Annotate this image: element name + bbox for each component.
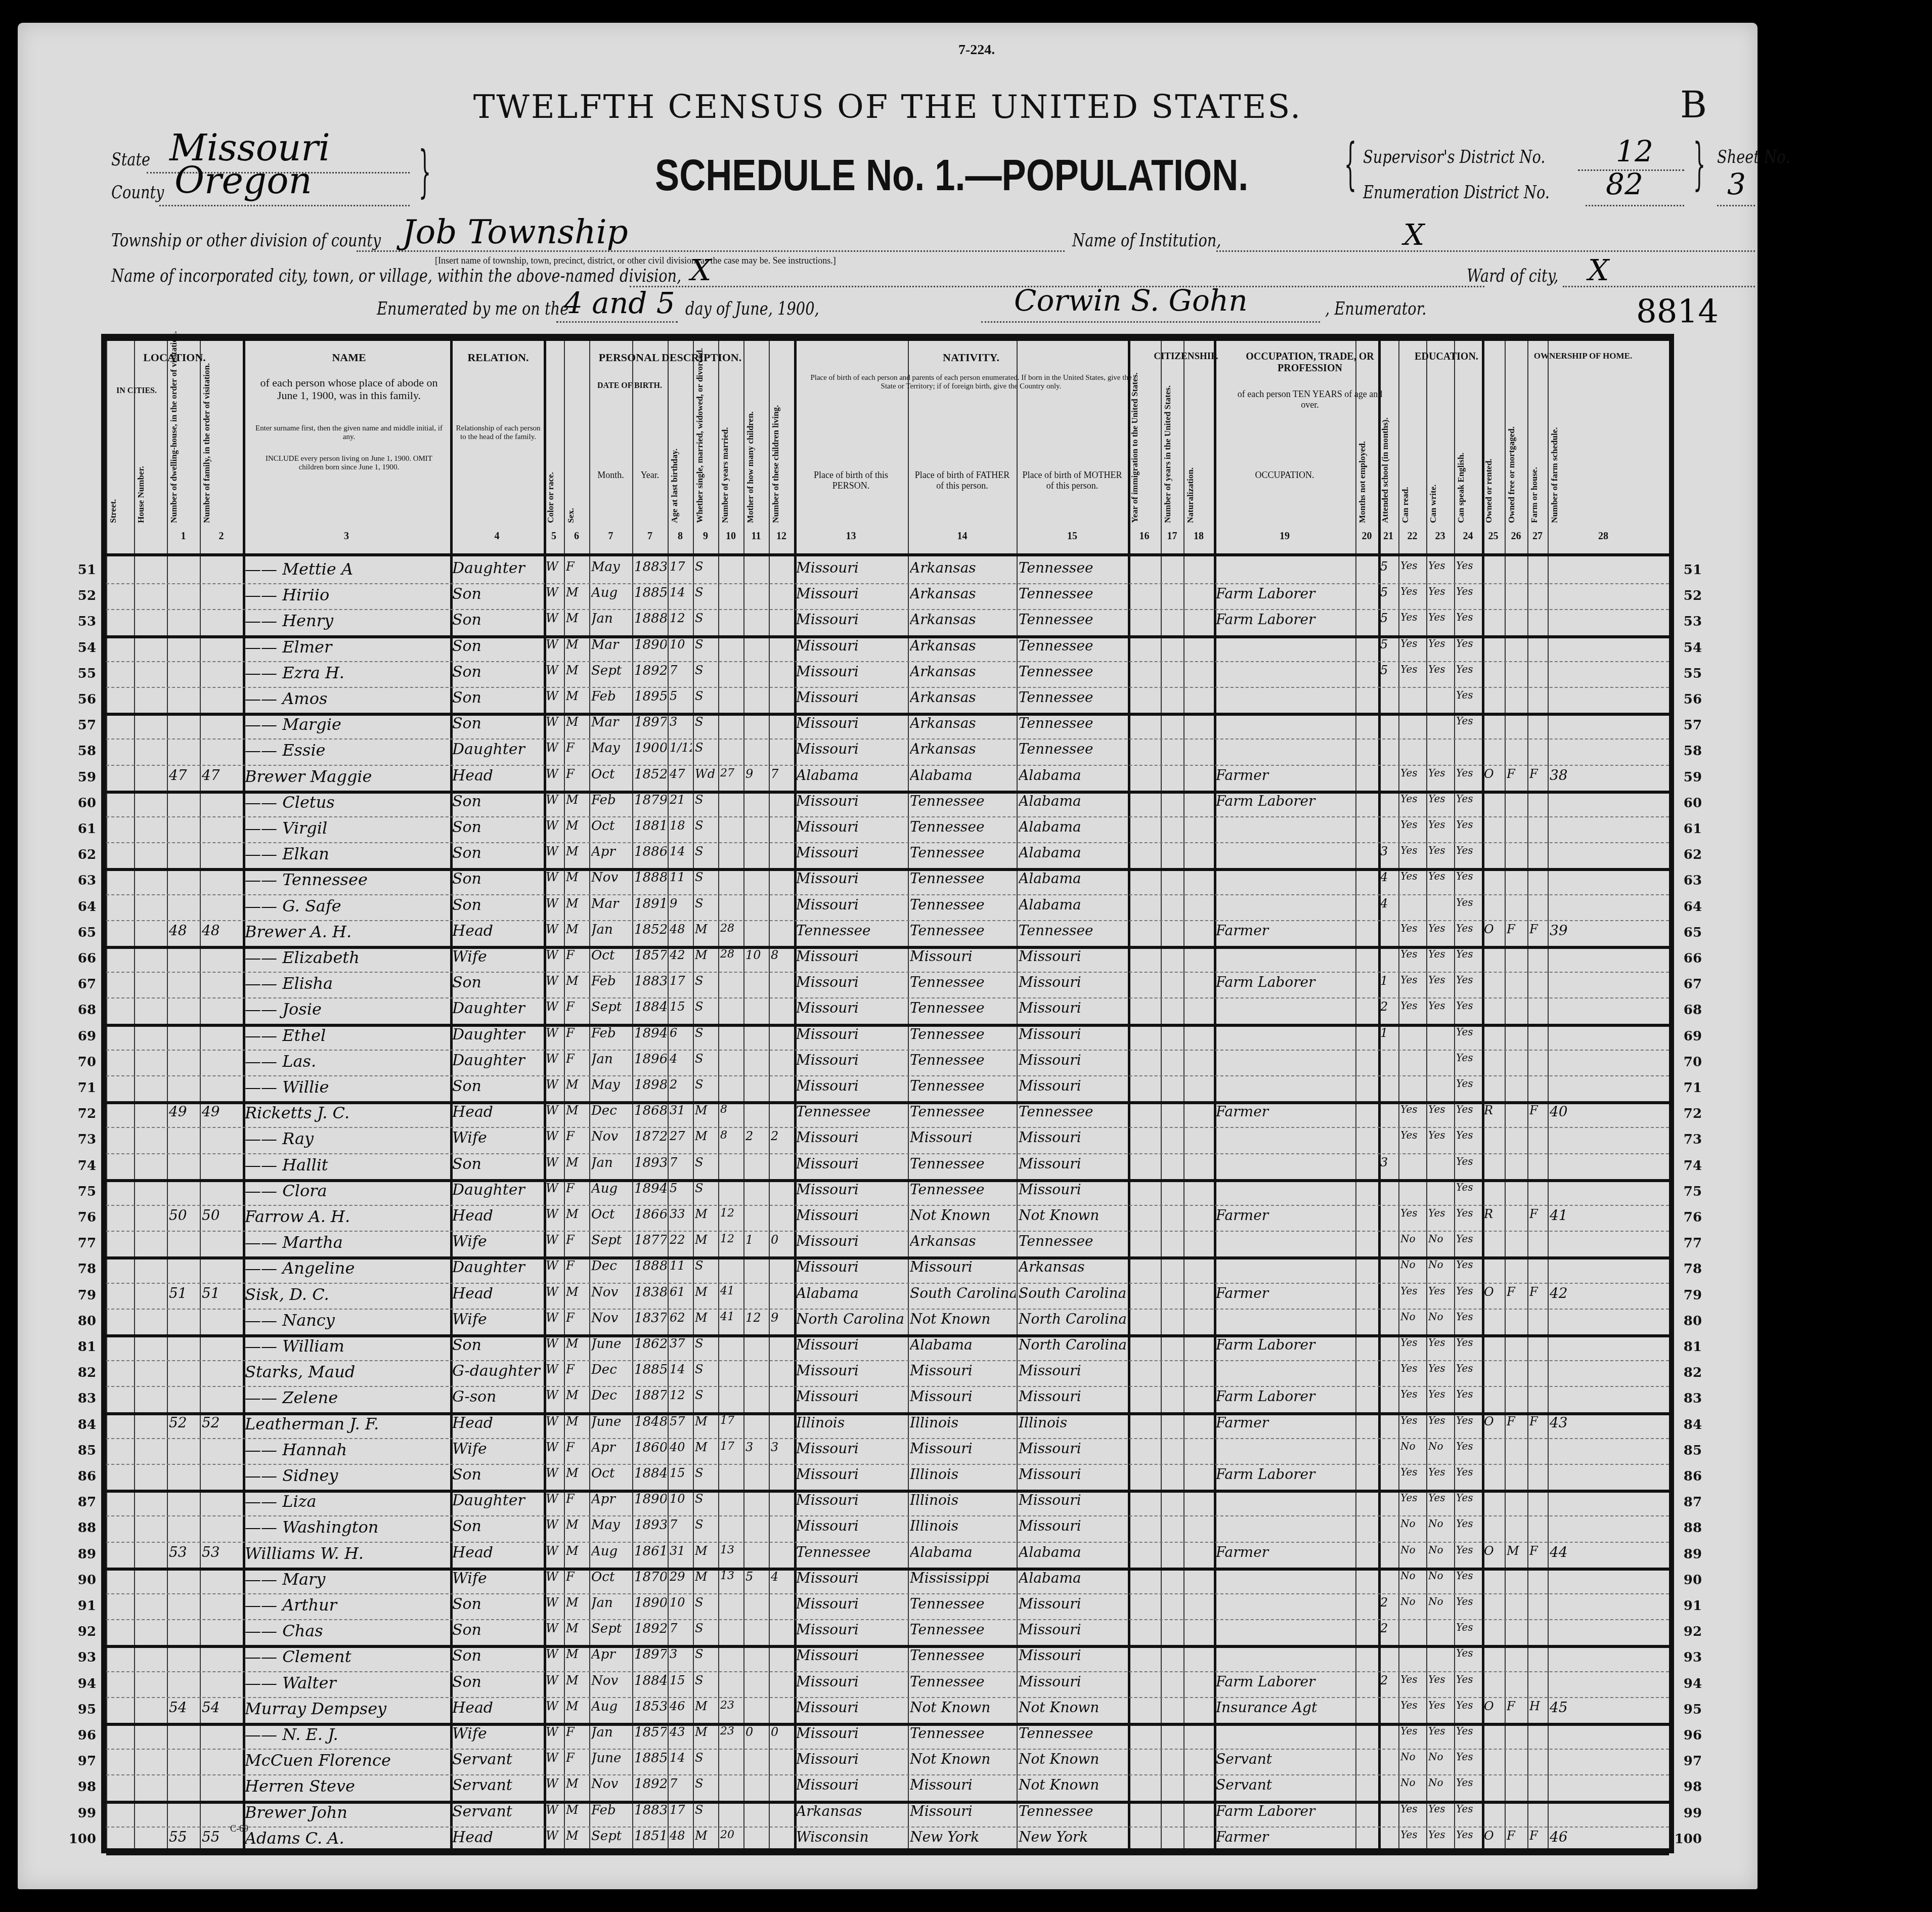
cell-color: W xyxy=(546,844,563,858)
cell-month: Feb xyxy=(591,793,631,808)
cell-age: 31 xyxy=(670,1544,692,1558)
cell-write: Yes xyxy=(1428,1699,1453,1711)
table-row[interactable]: —— CletusSonWMFeb187921SMissouriTennesse… xyxy=(106,791,1669,816)
cell-birth: Tennessee xyxy=(796,1544,907,1560)
table-row[interactable]: —— VirgilSonWMOct188118SMissouriTennesse… xyxy=(106,816,1669,842)
table-row[interactable]: 5353Williams W. H.HeadWMAug186131M13Tenn… xyxy=(106,1542,1669,1568)
table-row[interactable]: —— ChasSonWMSept18927SMissouriTennesseeM… xyxy=(106,1619,1669,1645)
cell-age: 48 xyxy=(670,1829,692,1843)
column-number: 19 xyxy=(1214,531,1355,542)
cell-living: 2 xyxy=(771,1129,793,1143)
cell-marital: S xyxy=(695,1776,717,1791)
column-header: Place of birth of MOTHER of this person. xyxy=(1019,470,1126,491)
cell-eng: Yes xyxy=(1456,1000,1481,1012)
cell-father_b: Tennessee xyxy=(910,844,1016,861)
cell-mother_of: 0 xyxy=(745,1725,768,1739)
cell-age: 14 xyxy=(670,844,692,858)
enumerated-day[interactable]: 4 and 5 xyxy=(564,286,675,320)
table-row[interactable]: —— TennesseeSonWMNov188811SMissouriTenne… xyxy=(106,868,1669,894)
line-number: 93 xyxy=(1672,1650,1702,1665)
table-row[interactable]: —— WillieSonWMMay18982SMissouriTennessee… xyxy=(106,1075,1669,1101)
row-divider xyxy=(106,1852,1669,1855)
table-row[interactable]: —— MarthaWifeWFSept187722M1210MissouriAr… xyxy=(106,1231,1669,1256)
cell-rel: G-daughter xyxy=(452,1362,543,1380)
cell-color: W xyxy=(546,870,563,884)
sheet-label: Sheet No. xyxy=(1717,147,1790,167)
institution-value[interactable]: X xyxy=(1403,218,1424,252)
cell-name: —— Clora xyxy=(245,1181,449,1200)
cell-own: O xyxy=(1484,1699,1504,1713)
group-in-cities: IN CITIES. xyxy=(106,386,167,396)
cell-marital: M xyxy=(695,1544,717,1558)
line-number: 54 xyxy=(1672,640,1702,656)
cell-occ: Farm Laborer xyxy=(1216,793,1354,809)
cell-read: Yes xyxy=(1400,1000,1425,1012)
cell-rel: Son xyxy=(452,974,543,991)
cell-rel: Daughter xyxy=(452,1181,543,1199)
cell-birth: Missouri xyxy=(796,818,907,835)
cell-marital: S xyxy=(695,1155,717,1169)
table-row[interactable]: 4747Brewer MaggieHeadWFOct185247Wd2797Al… xyxy=(106,765,1669,791)
cell-birth: Missouri xyxy=(796,1000,907,1016)
cell-birth: Missouri xyxy=(796,1362,907,1379)
cell-sex: M xyxy=(566,1776,588,1791)
line-number: 94 xyxy=(66,1676,96,1691)
cell-eng: Yes xyxy=(1456,1207,1481,1219)
cell-color: W xyxy=(546,1595,563,1610)
cell-marital: S xyxy=(695,1621,717,1635)
cell-write: Yes xyxy=(1428,637,1453,649)
cell-yrs_m: 41 xyxy=(720,1285,742,1297)
table-row[interactable]: —— ZeleneG-sonWMDec188712SMissouriMissou… xyxy=(106,1386,1669,1412)
line-number: 53 xyxy=(1672,614,1702,629)
line-number: 58 xyxy=(66,744,96,759)
cell-color: W xyxy=(546,689,563,703)
cell-birth: Arkansas xyxy=(796,1803,907,1819)
cell-name: —— Willie xyxy=(245,1077,449,1097)
cell-dw: 49 xyxy=(169,1103,199,1120)
line-number: 91 xyxy=(1672,1598,1702,1614)
city-label: Name of incorporated city, town, or vill… xyxy=(111,266,681,286)
cell-color: W xyxy=(546,1725,563,1739)
column-number: 18 xyxy=(1183,531,1214,542)
cell-color: W xyxy=(546,1492,563,1506)
cell-own: O xyxy=(1484,1414,1504,1428)
cell-age: 33 xyxy=(670,1207,692,1221)
cell-color: W xyxy=(546,1311,563,1325)
cell-rel: Son xyxy=(452,1077,543,1095)
table-row[interactable]: —— ClementSonWMApr18973SMissouriTennesse… xyxy=(106,1645,1669,1671)
table-row[interactable]: —— ArthurSonWMJan189010SMissouriTennesse… xyxy=(106,1593,1669,1619)
cell-rel: Son xyxy=(452,689,543,707)
line-number: 95 xyxy=(66,1702,96,1717)
cell-father_b: Tennessee xyxy=(910,974,1016,990)
cell-eng: Yes xyxy=(1456,1803,1481,1815)
cell-father_b: Tennessee xyxy=(910,1052,1016,1068)
line-number: 79 xyxy=(66,1288,96,1303)
cell-year: 1883 xyxy=(634,559,667,575)
cell-age: 11 xyxy=(670,870,692,884)
cell-mother_b: Tennessee xyxy=(1019,1103,1127,1120)
cell-mother_b: Tennessee xyxy=(1019,1803,1127,1819)
cell-write: Yes xyxy=(1428,1829,1453,1841)
table-row[interactable]: —— Mettie ADaughterWFMay188317SMissouriA… xyxy=(106,557,1669,583)
table-row[interactable]: —— JosieDaughterWFSept188415SMissouriTen… xyxy=(106,997,1669,1023)
cell-rel: Son xyxy=(452,637,543,655)
cell-father_b: Tennessee xyxy=(910,870,1016,887)
cell-color: W xyxy=(546,1440,563,1454)
cell-name: Sisk, D. C. xyxy=(245,1285,449,1304)
line-number: 99 xyxy=(66,1806,96,1821)
cell-month: Nov xyxy=(591,1311,631,1326)
table-row[interactable]: 5454Murray DempseyHeadWMAug185346M23Miss… xyxy=(106,1697,1669,1723)
enumeration-value[interactable]: 82 xyxy=(1606,167,1643,201)
table-row[interactable]: —— G. SafeSonWMMar18919SMissouriTennesse… xyxy=(106,894,1669,920)
cell-mother_b: Missouri xyxy=(1019,1466,1127,1483)
cell-write: Yes xyxy=(1428,1803,1453,1815)
cell-birth: Missouri xyxy=(796,1233,907,1249)
cell-name: —— Liza xyxy=(245,1492,449,1511)
line-number: 98 xyxy=(1672,1779,1702,1795)
cell-color: W xyxy=(546,741,563,755)
cell-name: Brewer John xyxy=(245,1803,449,1822)
line-number: 85 xyxy=(1672,1443,1702,1458)
cell-father_b: Not Known xyxy=(910,1207,1016,1224)
cell-occ: Farmer xyxy=(1216,767,1354,784)
nativity-desc: Place of birth of each person and parent… xyxy=(807,374,1135,392)
cell-year: 1838 xyxy=(634,1285,667,1300)
cell-father_b: Mississippi xyxy=(910,1570,1016,1586)
cell-birth: Missouri xyxy=(796,689,907,706)
cell-birth: Missouri xyxy=(796,896,907,913)
cell-sex: F xyxy=(566,1258,588,1273)
cell-marital: S xyxy=(695,715,717,729)
cell-rel: Servant xyxy=(452,1803,543,1820)
table-row[interactable]: —— EthelDaughterWFFeb18946SMissouriTenne… xyxy=(106,1024,1669,1050)
cell-sched: 46 xyxy=(1550,1829,1658,1845)
cell-month: Nov xyxy=(591,1776,631,1792)
cell-farm: F xyxy=(1529,1414,1547,1428)
line-number: 92 xyxy=(66,1624,96,1639)
cell-age: 21 xyxy=(670,793,692,807)
cell-marital: S xyxy=(695,870,717,884)
cell-father_b: South Carolina xyxy=(910,1285,1016,1301)
cell-write: No xyxy=(1428,1776,1453,1789)
table-row[interactable]: —— Las.DaughterWFJan18964SMissouriTennes… xyxy=(106,1050,1669,1075)
enumerator-name[interactable]: Corwin S. Gohn xyxy=(1014,283,1248,318)
cell-rel: Son xyxy=(452,585,543,603)
table-row[interactable]: —— HenrySonWMJan188812SMissouriArkansasT… xyxy=(106,609,1669,635)
cell-month: Dec xyxy=(591,1258,631,1274)
table-row[interactable]: —— HallitSonWMJan18937SMissouriTennessee… xyxy=(106,1153,1669,1179)
column-header: Can read. xyxy=(1400,407,1424,523)
line-number: 65 xyxy=(66,925,96,940)
cell-month: June xyxy=(591,1336,631,1352)
cell-birth: Missouri xyxy=(796,1725,907,1742)
cell-own: R xyxy=(1484,1103,1504,1117)
cell-mother_b: Alabama xyxy=(1019,818,1127,835)
cell-year: 1884 xyxy=(634,1673,667,1688)
cell-color: W xyxy=(546,1647,563,1661)
table-row[interactable]: —— ElishaSonWMFeb188317SMissouriTennesse… xyxy=(106,972,1669,997)
column-header: OCCUPATION. xyxy=(1216,470,1353,481)
cell-name: —— Ethel xyxy=(245,1026,449,1045)
cell-write: Yes xyxy=(1428,1492,1453,1504)
cell-birth: Missouri xyxy=(796,948,907,965)
line-number: 82 xyxy=(66,1365,96,1380)
cell-month: Oct xyxy=(591,1466,631,1481)
cell-month: Jan xyxy=(591,611,631,626)
cell-eng: Yes xyxy=(1456,818,1481,831)
line-number: 72 xyxy=(66,1106,96,1121)
county-value[interactable]: Oregon xyxy=(174,159,312,202)
cell-mother_of: 1 xyxy=(745,1233,768,1247)
supervisor-value[interactable]: 12 xyxy=(1616,134,1653,168)
table-row[interactable]: —— LizaDaughterWFApr189010SMissouriIllin… xyxy=(106,1490,1669,1515)
table-row[interactable]: 5151Sisk, D. C.HeadWMNov183861M41Alabama… xyxy=(106,1283,1669,1309)
cell-sex: M xyxy=(566,922,588,936)
cell-write: Yes xyxy=(1428,844,1453,856)
cell-sex: F xyxy=(566,1233,588,1247)
cell-birth: Missouri xyxy=(796,637,907,654)
cell-living: 3 xyxy=(771,1440,793,1454)
cell-father_b: Missouri xyxy=(910,1362,1016,1379)
cell-month: June xyxy=(591,1751,631,1766)
cell-sched: 38 xyxy=(1550,767,1658,784)
cell-write: Yes xyxy=(1428,1388,1453,1400)
cell-living: 9 xyxy=(771,1311,793,1325)
cell-month: Sept xyxy=(591,1233,631,1248)
cell-sex: M xyxy=(566,1285,588,1299)
cell-age: 6 xyxy=(670,1026,692,1040)
table-row[interactable]: —— CloraDaughterWFAug18945SMissouriTenne… xyxy=(106,1179,1669,1205)
table-row[interactable]: 4949Ricketts J. C.HeadWMDec186831M8Tenne… xyxy=(106,1101,1669,1127)
line-number: 58 xyxy=(1672,744,1702,759)
table-row[interactable]: Herren SteveServantWMNov18927SMissouriMi… xyxy=(106,1774,1669,1800)
cell-school: 2 xyxy=(1380,1595,1397,1610)
cell-eng: Yes xyxy=(1456,896,1481,908)
line-number: 84 xyxy=(66,1417,96,1432)
cell-mother_b: Missouri xyxy=(1019,1155,1127,1172)
table-row[interactable]: —— N. E. J.WifeWFJan185743M2300MissouriT… xyxy=(106,1723,1669,1749)
cell-write: No xyxy=(1428,1595,1453,1607)
cell-write: Yes xyxy=(1428,818,1453,831)
cell-mother_b: Alabama xyxy=(1019,896,1127,913)
line-number: 80 xyxy=(1672,1314,1702,1329)
cell-name: —— Elizabeth xyxy=(245,948,449,967)
cell-name: Leatherman J. F. xyxy=(245,1414,449,1433)
cell-year: 1879 xyxy=(634,793,667,808)
cell-write: Yes xyxy=(1428,1414,1453,1426)
cell-school: 2 xyxy=(1380,1000,1397,1014)
cell-fam: 48 xyxy=(202,922,242,939)
cell-mother_of: 10 xyxy=(745,948,768,962)
cell-birth: Missouri xyxy=(796,870,907,887)
cell-eng: Yes xyxy=(1456,767,1481,779)
cell-sex: M xyxy=(566,1466,588,1480)
cell-rel: Son xyxy=(452,1673,543,1691)
ward-value[interactable]: X xyxy=(1588,253,1609,287)
cell-sex: M xyxy=(566,974,588,988)
cell-marital: M xyxy=(695,1311,717,1325)
cell-read: No xyxy=(1400,1751,1425,1763)
cell-year: 1851 xyxy=(634,1829,667,1844)
cell-read: Yes xyxy=(1400,1388,1425,1400)
cell-eng: Yes xyxy=(1456,1544,1481,1556)
cell-write: Yes xyxy=(1428,948,1453,960)
cell-month: Nov xyxy=(591,1285,631,1300)
cell-birth: Missouri xyxy=(796,1129,907,1146)
cell-color: W xyxy=(546,974,563,988)
cell-sex: F xyxy=(566,1492,588,1506)
table-row[interactable]: 5252Leatherman J. F.HeadWMJune184857M17I… xyxy=(106,1412,1669,1438)
cell-age: 17 xyxy=(670,559,692,574)
cell-sex: M xyxy=(566,793,588,807)
cell-rel: Son xyxy=(452,1336,543,1354)
line-number: 74 xyxy=(66,1158,96,1174)
sheet-value[interactable]: 3 xyxy=(1727,167,1746,201)
table-row[interactable]: —— WalterSonWMNov188415SMissouriTennesse… xyxy=(106,1671,1669,1697)
cell-name: Farrow A. H. xyxy=(245,1207,449,1226)
table-row[interactable]: Starks, MaudG-daughterWFDec188514SMissou… xyxy=(106,1360,1669,1386)
cell-school: 3 xyxy=(1380,844,1397,858)
cell-color: W xyxy=(546,663,563,677)
table-row[interactable]: —— RayWifeWFNov187227M822MissouriMissour… xyxy=(106,1127,1669,1153)
line-number: 75 xyxy=(1672,1184,1702,1199)
cell-eng: Yes xyxy=(1456,1388,1481,1400)
header-rule xyxy=(106,553,1669,556)
cell-read: Yes xyxy=(1400,1673,1425,1685)
cell-rel: Daughter xyxy=(452,1052,543,1069)
cell-rel: Head xyxy=(452,1207,543,1225)
cell-month: Aug xyxy=(591,1699,631,1714)
cell-eng: Yes xyxy=(1456,1285,1481,1297)
cell-color: W xyxy=(546,1129,563,1143)
cell-write: Yes xyxy=(1428,1285,1453,1297)
city-value[interactable]: X xyxy=(690,253,711,287)
cell-color: W xyxy=(546,637,563,651)
cell-sex: M xyxy=(566,637,588,651)
cell-fam: 49 xyxy=(202,1103,242,1120)
cell-yrs_m: 8 xyxy=(720,1129,742,1142)
table-row[interactable]: —— ElmerSonWMMar189010SMissouriArkansasT… xyxy=(106,635,1669,661)
cell-age: 14 xyxy=(670,1362,692,1376)
line-number: 67 xyxy=(1672,977,1702,992)
cell-name: —— Amos xyxy=(245,689,449,708)
cell-marital: S xyxy=(695,844,717,858)
cell-occ: Farm Laborer xyxy=(1216,1388,1354,1405)
cell-month: June xyxy=(591,1414,631,1429)
column-header: Number of years in the United States. xyxy=(1163,407,1181,523)
column-header: Months not employed. xyxy=(1357,407,1376,523)
table-row[interactable]: 5555Adams C. A.HeadWMSept185148M20Wiscon… xyxy=(106,1827,1669,1852)
cell-read: Yes xyxy=(1400,1129,1425,1141)
cell-year: 1894 xyxy=(634,1181,667,1196)
table-row[interactable]: —— NancyWifeWFNov183762M41129North Carol… xyxy=(106,1309,1669,1334)
cell-birth: Missouri xyxy=(796,1751,907,1767)
cell-age: 40 xyxy=(670,1440,692,1454)
line-number: 52 xyxy=(66,588,96,603)
cell-marital: S xyxy=(695,1595,717,1610)
schedule-title: SCHEDULE No. 1.—POPULATION. xyxy=(655,149,1248,201)
cell-mort: F xyxy=(1507,1829,1526,1843)
cell-sex: M xyxy=(566,1517,588,1532)
cell-read: Yes xyxy=(1400,844,1425,856)
cell-rel: Son xyxy=(452,818,543,836)
table-row[interactable]: —— MargieSonWMMar18973SMissouriArkansasT… xyxy=(106,713,1669,738)
line-number: 68 xyxy=(1672,1003,1702,1018)
cell-read: Yes xyxy=(1400,585,1425,597)
cell-occ: Farmer xyxy=(1216,1829,1354,1845)
cell-age: 17 xyxy=(670,1803,692,1817)
table-row[interactable]: —— ElkanSonWMApr188614SMissouriTennessee… xyxy=(106,842,1669,868)
cell-month: Sept xyxy=(591,663,631,678)
cell-month: Dec xyxy=(591,1388,631,1403)
table-row[interactable]: —— AmosSonWMFeb18955SMissouriArkansasTen… xyxy=(106,687,1669,713)
cell-age: 31 xyxy=(670,1103,692,1117)
table-row[interactable]: —— WilliamSonWMJune186237SMissouriAlabam… xyxy=(106,1334,1669,1360)
column-header: Naturalization. xyxy=(1185,407,1212,523)
cell-year: 1872 xyxy=(634,1129,667,1144)
table-row[interactable]: —— SidneySonWMOct188415SMissouriIllinois… xyxy=(106,1464,1669,1490)
cell-father_b: Tennessee xyxy=(910,1155,1016,1172)
table-row[interactable]: —— EssieDaughterWFMay19001/12SMissouriAr… xyxy=(106,738,1669,764)
cell-name: Brewer Maggie xyxy=(245,767,449,786)
cell-name: —— Josie xyxy=(245,1000,449,1019)
cell-sched: 43 xyxy=(1550,1414,1658,1431)
cell-rel: Wife xyxy=(452,1725,543,1743)
table-row[interactable]: —— WashingtonSonWMMay18937SMissouriIllin… xyxy=(106,1515,1669,1541)
table-row[interactable]: —— MaryWifeWFOct187029M1354MissouriMissi… xyxy=(106,1568,1669,1593)
column-number: 1 xyxy=(167,531,200,542)
line-number: 56 xyxy=(66,692,96,707)
table-row[interactable]: Brewer JohnServantWMFeb188317SArkansasMi… xyxy=(106,1801,1669,1827)
cell-eng: Yes xyxy=(1456,793,1481,805)
cell-write: No xyxy=(1428,1440,1453,1452)
cell-write: No xyxy=(1428,1258,1453,1271)
table-row[interactable]: McCuen FlorenceServantWFJune188514SMisso… xyxy=(106,1749,1669,1774)
line-number: 69 xyxy=(66,1029,96,1044)
cell-age: 9 xyxy=(670,896,692,910)
cell-read: No xyxy=(1400,1440,1425,1452)
cell-rel: Wife xyxy=(452,1233,543,1250)
cell-mother_b: Tennessee xyxy=(1019,715,1127,731)
cell-mort: F xyxy=(1507,1285,1526,1299)
cell-read: No xyxy=(1400,1776,1425,1789)
cell-birth: Missouri xyxy=(796,1673,907,1690)
cell-rel: G-son xyxy=(452,1388,543,1406)
table-row[interactable]: —— ElizabethWifeWFOct185742M28108Missour… xyxy=(106,946,1669,972)
cell-school: 5 xyxy=(1380,585,1397,599)
table-row[interactable]: —— HannahWifeWFApr186040M1733MissouriMis… xyxy=(106,1438,1669,1464)
table-row[interactable]: 5050Farrow A. H.HeadWMOct186633M12Missou… xyxy=(106,1205,1669,1231)
cell-read: Yes xyxy=(1400,818,1425,831)
table-row[interactable]: 4848Brewer A. H.HeadWMJan185248M28Tennes… xyxy=(106,920,1669,946)
cell-eng: Yes xyxy=(1456,1492,1481,1504)
township-value[interactable]: Job Township xyxy=(402,212,628,251)
table-row[interactable]: —— Ezra H.SonWMSept18927SMissouriArkansa… xyxy=(106,661,1669,687)
cell-marital: M xyxy=(695,1207,717,1221)
cell-dw: 55 xyxy=(169,1829,199,1845)
cell-color: W xyxy=(546,1155,563,1169)
cell-name: Adams C. A. xyxy=(245,1829,449,1848)
cell-sex: F xyxy=(566,1725,588,1739)
table-row[interactable]: —— AngelineDaughterWFDec188811SMissouriM… xyxy=(106,1256,1669,1282)
cell-age: 22 xyxy=(670,1233,692,1247)
table-row[interactable]: —— HiriioSonWMAug188514SMissouriArkansas… xyxy=(106,583,1669,609)
cell-year: 1898 xyxy=(634,1077,667,1093)
column-header: Number of farm schedule. xyxy=(1550,407,1657,523)
